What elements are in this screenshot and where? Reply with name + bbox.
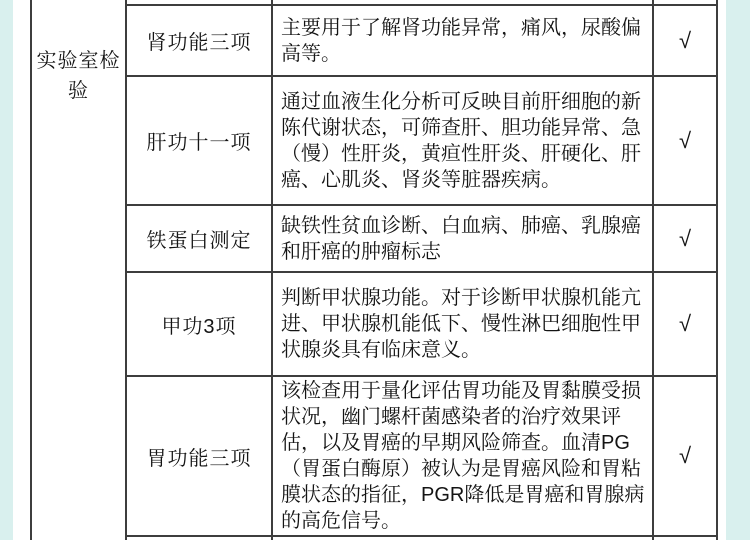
checkmark-liver: √ [654,77,718,206]
test-name-liver: 肝功十一项 [127,77,273,206]
category-label: 实验室检验 [34,46,124,540]
test-description-liver: 通过血液生化分析可反映目前肝细胞的新陈代谢状态，可筛查肝、胆功能异常、急（慢）性… [273,77,654,206]
description-text: 主要用于了解肾功能异常，痛风，尿酸偏高等。 [281,15,646,67]
page-margin-left [0,0,13,540]
description-text: 缺铁性贫血诊断、白血病、肺癌、乳腺癌和肝癌的肿瘤标志 [281,213,646,265]
test-description-stomach: 该检查用于量化评估胃功能及胃黏膜受损状况，幽门螺杆菌感染者的治疗效果评估，以及胃… [273,377,654,537]
description-text: 该检查用于量化评估胃功能及胃黏膜受损状况，幽门螺杆菌感染者的治疗效果评估，以及胃… [281,378,646,534]
page-margin-right [726,0,750,540]
test-name-thyroid: 甲功3项 [127,273,273,377]
description-text: 判断甲状腺功能。对于诊断甲状腺机能亢进、甲状腺机能低下、慢性淋巴细胞性甲状腺炎具… [281,285,646,363]
lab-test-table: 实验室检验 肾功能三项 主要用于了解肾功能异常，痛风，尿酸偏高等。 √ 肝功十一… [30,0,718,540]
test-description-kidney: 主要用于了解肾功能异常，痛风，尿酸偏高等。 [273,6,654,77]
test-name-kidney: 肾功能三项 [127,6,273,77]
test-description-thyroid: 判断甲状腺功能。对于诊断甲状腺机能亢进、甲状腺机能低下、慢性淋巴细胞性甲状腺炎具… [273,273,654,377]
test-description-ferritin: 缺铁性贫血诊断、白血病、肺癌、乳腺癌和肝癌的肿瘤标志 [273,206,654,273]
checkmark-stomach: √ [654,377,718,537]
checkmark-kidney: √ [654,6,718,77]
test-name-ferritin: 铁蛋白测定 [127,206,273,273]
category-cell-laboratory: 实验室检验 [30,0,127,540]
checkmark-thyroid: √ [654,273,718,377]
test-name-stomach: 胃功能三项 [127,377,273,537]
description-text: 通过血液生化分析可反映目前肝细胞的新陈代谢状态，可筛查肝、胆功能异常、急（慢）性… [281,89,646,193]
checkmark-ferritin: √ [654,206,718,273]
